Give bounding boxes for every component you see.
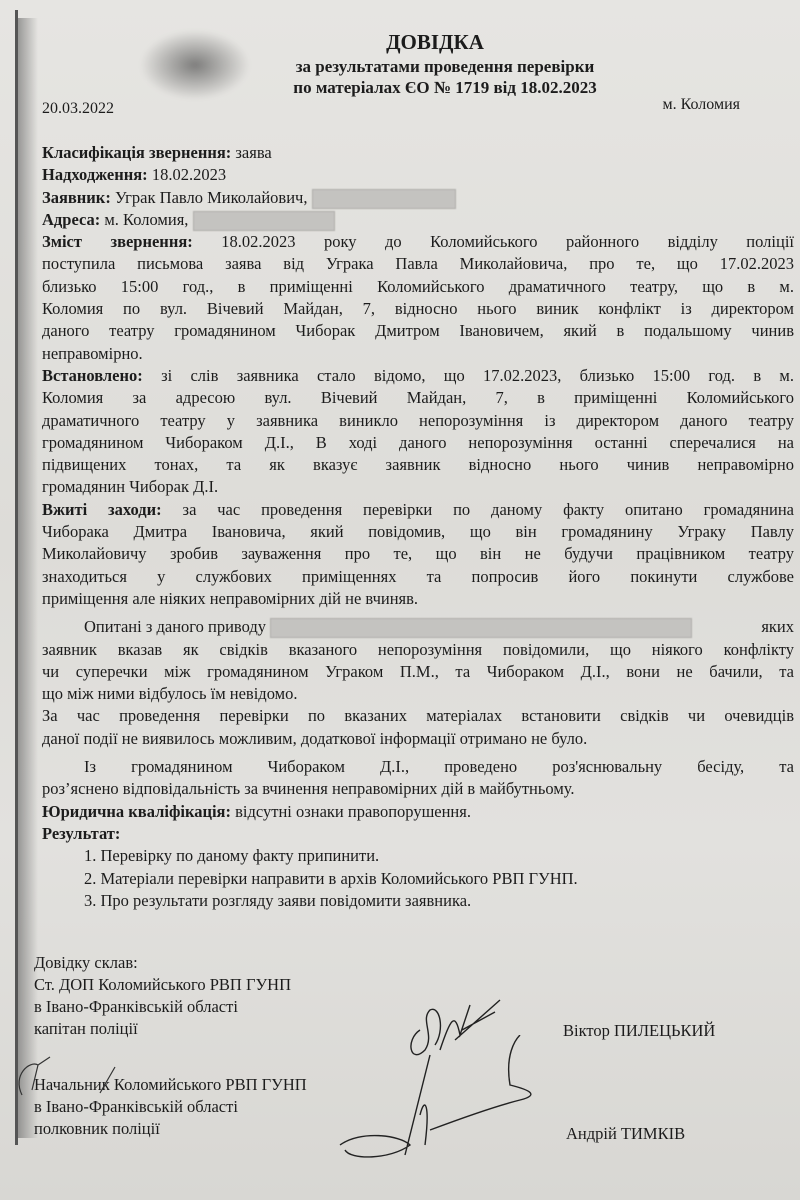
measures-line-1: Вжиті заходи: за час проведення перевірк… — [42, 499, 794, 521]
compiler-name: Віктор ПИЛЕЦЬКИЙ — [563, 1021, 715, 1041]
chief-name: Андрій ТИМКІВ — [566, 1124, 685, 1144]
result-item-2: 2. Матеріали перевірки направити в архів… — [42, 868, 794, 890]
established-line-2: Коломия за адресою вул. Вічевий Майдан, … — [42, 387, 794, 409]
witnesses-line-1: Опитані з даного приводу яких — [42, 616, 794, 638]
result-item-3: 3. Про результати розгляду заяви повідом… — [42, 890, 794, 912]
initials-mark-icon — [10, 1055, 130, 1105]
scan-margin-line — [15, 10, 18, 1145]
document-subtitle-1: за результатами проведення перевірки — [95, 57, 795, 77]
witnesses-line-4: що між ними відбулось їм невідомо. — [42, 683, 794, 705]
measures-line-4: знаходиться у службових приміщеннях та п… — [42, 566, 794, 588]
established-line-6: громадянин Чиборак Д.І. — [42, 476, 794, 498]
document-subtitle-2: по матеріалах ЄО № 1719 від 18.02.2023 — [95, 78, 795, 98]
content-line-4: Коломия по вул. Вічевий Майдан, 7, відно… — [42, 298, 794, 320]
established-line-3: драматичного театру у заявника виникло н… — [42, 410, 794, 432]
conversation-line-2: роз’яснено відповідальність за вчинення … — [42, 778, 794, 800]
witnesses-line-6: даної події не виявилось можливим, додат… — [42, 728, 794, 750]
compiler-block: Довідку склав: Ст. ДОП Коломийського РВП… — [34, 952, 291, 1040]
witnesses-line-2: заявник вказав як свідків вказаного непо… — [42, 639, 794, 661]
redacted-birthdate — [312, 189, 456, 209]
field-classification: Класифікація звернення: заява — [42, 142, 794, 164]
signature-chief-icon — [330, 1035, 560, 1165]
field-applicant: Заявник: Уграк Павло Миколайович, — [42, 187, 794, 209]
content-line-5: даного театру громадянином Чиборак Дмитр… — [42, 320, 794, 342]
field-address: Адреса: м. Коломия, — [42, 209, 794, 231]
content-line-1: Зміст звернення: 18.02.2023 року до Коло… — [42, 231, 794, 253]
content-line-3: близько 15:00 год., в приміщенні Коломий… — [42, 276, 794, 298]
established-line-1: Встановлено: зі слів заявника стало відо… — [42, 365, 794, 387]
document-title: ДОВІДКА — [35, 30, 800, 55]
content-line-2: поступила письмова заява від Уграка Павл… — [42, 253, 794, 275]
document-date: 20.03.2022 — [42, 100, 114, 118]
field-received: Надходження: 18.02.2023 — [42, 164, 794, 186]
redacted-address — [193, 211, 335, 231]
document-city: м. Коломия — [662, 96, 740, 114]
result-item-1: 1. Перевірку по даному факту припинити. — [42, 845, 794, 867]
witnesses-line-3: чи суперечки між громадянином Уграком П.… — [42, 661, 794, 683]
conversation-line-1: Із громадянином Чибораком Д.І., проведен… — [42, 756, 794, 778]
established-line-4: громадянином Чибораком Д.І., В ході дано… — [42, 432, 794, 454]
measures-line-2: Чиборака Дмитра Івановича, який повідоми… — [42, 521, 794, 543]
document-body: Класифікація звернення: заява Надходженн… — [42, 142, 794, 912]
measures-line-3: Миколайовичу зробив зауваження про те, щ… — [42, 543, 794, 565]
measures-line-5: приміщення але ніяких неправомірних дій … — [42, 588, 794, 610]
redacted-witnesses — [270, 618, 692, 638]
established-line-5: підвищених тонах, та як вказує заявник в… — [42, 454, 794, 476]
content-line-6: неправомірно. — [42, 343, 794, 365]
document-page: ДОВІДКА за результатами проведення перев… — [0, 0, 800, 1200]
legal-qualification: Юридична кваліфікація: відсутні ознаки п… — [42, 801, 794, 823]
witnesses-line-5: За час проведення перевірки по вказаних … — [42, 705, 794, 727]
result-heading: Результат: — [42, 823, 794, 845]
